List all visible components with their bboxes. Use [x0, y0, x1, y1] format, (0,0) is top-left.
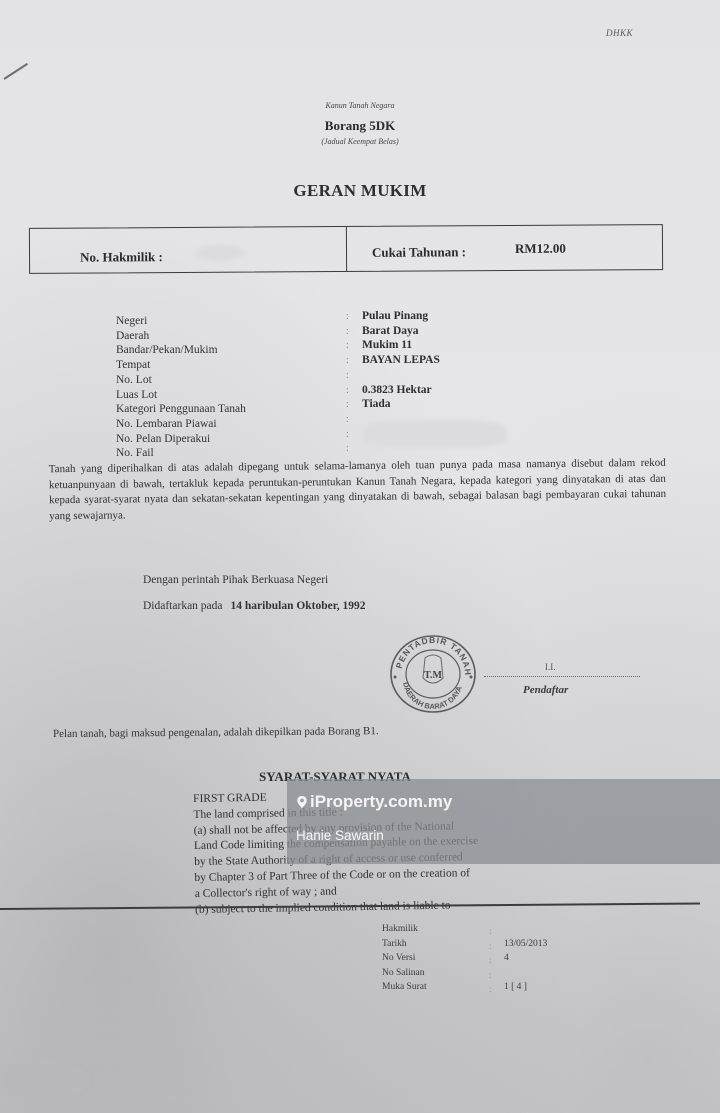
act-name: Kanun Tanah Negara: [0, 101, 720, 110]
footer-value: [504, 922, 547, 937]
registrar-label: Pendaftar: [523, 684, 568, 696]
footer-value: 4: [504, 951, 547, 966]
field-label: No. Lot: [116, 373, 246, 388]
signature-initials: I.I.: [545, 662, 556, 672]
land-administrator-stamp-icon: PENTADBIR TANAH DAERAH BARAT DAYA T.M: [387, 633, 479, 715]
field-colon: :: [346, 369, 349, 384]
location-pin-icon: [296, 796, 308, 808]
field-colons: ::::::::::: [346, 310, 349, 457]
registration-line: Didaftarkan pada14 haribulan Oktober, 19…: [143, 600, 366, 612]
field-colon: :: [346, 354, 349, 369]
footer-label: No Versi: [382, 951, 427, 966]
watermark-agent: Hanie Sawarin: [296, 828, 384, 843]
registered-date: 14 haribulan Oktober, 1992: [231, 600, 366, 612]
document-title: GERAN MUKIM: [0, 181, 720, 201]
field-value: Mukim 11: [362, 338, 440, 353]
footer-label: Tarikh: [382, 937, 427, 952]
field-value: Tiada: [362, 397, 440, 412]
field-colon: :: [346, 325, 349, 340]
field-value: Pulau Pinang: [362, 309, 440, 324]
footer-label: Muka Surat: [382, 980, 427, 995]
cukai-label: Cukai Tahunan :: [372, 244, 466, 261]
footer-value: 1 [ 4 ]: [504, 980, 547, 995]
cukai-value: RM12.00: [515, 241, 566, 257]
field-value: BAYAN LEPAS: [362, 353, 440, 368]
field-colon: :: [346, 384, 349, 399]
authority-order: Dengan perintah Pihak Berkuasa Negeri: [143, 574, 328, 586]
field-colon: :: [346, 413, 349, 428]
field-label: Daerah: [116, 329, 246, 344]
footer-value: [504, 966, 547, 981]
watermark-brand: iProperty.com.my: [296, 792, 452, 812]
field-colon: :: [346, 428, 349, 443]
footer-colons: :::::: [489, 925, 492, 998]
hakmilik-label: No. Hakmilik :: [80, 249, 163, 266]
field-label: Tempat: [116, 358, 246, 373]
field-label: Negeri: [116, 314, 246, 329]
field-labels: NegeriDaerahBandar/Pekan/MukimTempatNo. …: [116, 314, 246, 461]
registered-label: Didaftarkan pada: [143, 600, 223, 612]
field-label: Kategori Penggunaan Tanah: [116, 402, 246, 417]
footer-labels: HakmilikTarikhNo VersiNo SalinanMuka Sur…: [382, 922, 427, 995]
field-values-redacted: [362, 420, 507, 448]
field-value: 0.3823 Hektar: [362, 383, 440, 398]
field-value: [362, 368, 440, 383]
footer-colon: :: [489, 925, 492, 940]
field-colon: :: [346, 398, 349, 413]
field-label: Bandar/Pekan/Mukim: [116, 343, 246, 358]
declaration-paragraph: Tanah yang diperihalkan di atas adalah d…: [49, 456, 667, 524]
signature-line: [484, 668, 640, 677]
footer-colon: :: [489, 983, 492, 998]
footer-values: 13/05/20134 1 [ 4 ]: [504, 922, 547, 995]
pen-mark: [3, 63, 28, 80]
footer-label: Hakmilik: [382, 922, 427, 937]
corner-redaction: [0, 1060, 90, 1098]
form-name: Borang 5DK: [0, 118, 720, 134]
footer-value: 13/05/2013: [504, 937, 547, 952]
title-box: No. Hakmilik : Cukai Tahunan : RM12.00: [29, 224, 663, 274]
schedule-label: (Jadual Keempat Belas): [0, 137, 720, 146]
field-label: No. Lembaran Piawai: [116, 417, 246, 432]
footer-label: No Salinan: [382, 966, 427, 981]
corner-code: DHKK: [606, 28, 633, 38]
footer-colon: :: [489, 954, 492, 969]
footer-colon: :: [489, 940, 492, 955]
box-divider: [346, 227, 348, 271]
field-label: No. Pelan Diperakui: [116, 432, 246, 447]
watermark-brand-text: iProperty.com.my: [310, 792, 452, 811]
field-colon: :: [346, 442, 349, 457]
footer-colon: :: [489, 969, 492, 984]
svg-text:T.M: T.M: [424, 670, 442, 681]
field-colon: :: [346, 310, 349, 325]
field-label: Luas Lot: [116, 388, 246, 403]
field-value: Barat Daya: [362, 324, 440, 339]
plan-note: Pelan tanah, bagi maksud pengenalan, ada…: [53, 725, 379, 740]
field-colon: :: [346, 339, 349, 354]
field-label: No. Fail: [116, 446, 246, 461]
paper-shading: [0, 0, 720, 1113]
hakmilik-redacted: [195, 245, 245, 261]
